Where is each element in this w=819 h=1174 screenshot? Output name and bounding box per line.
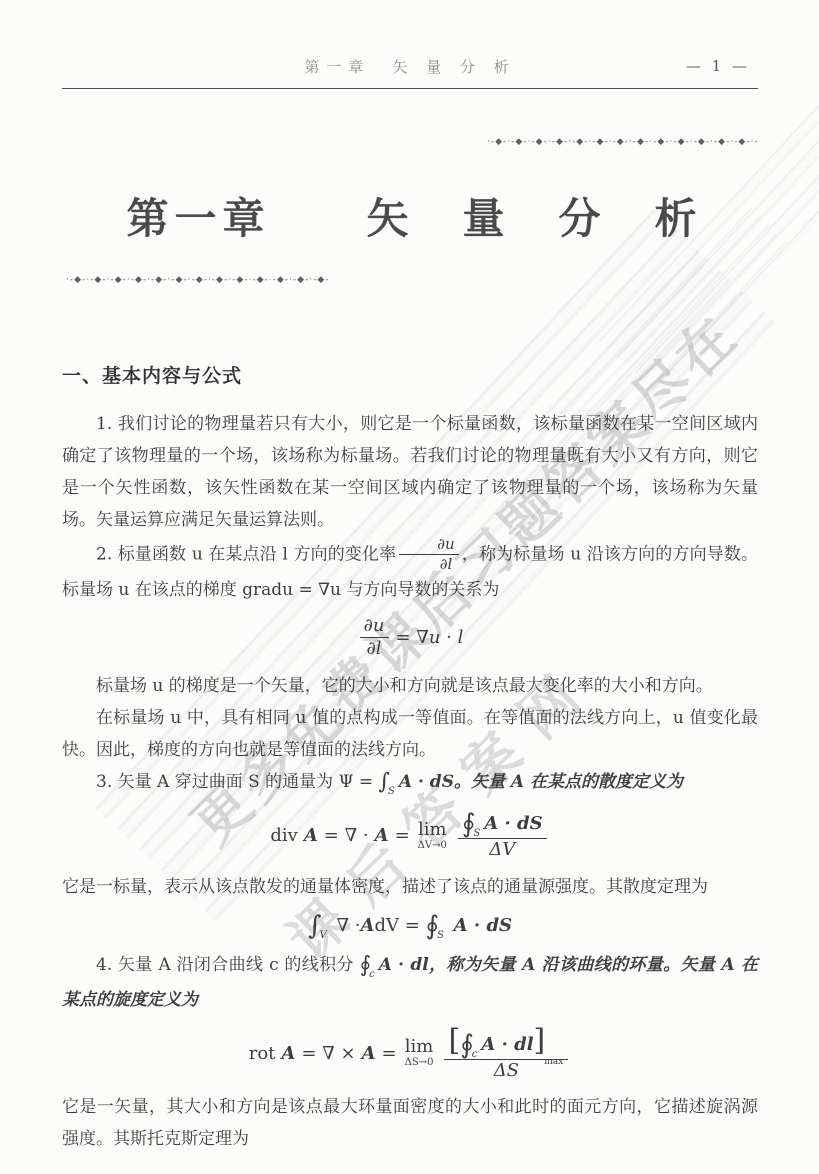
flux-integrand: A · dS。矢量 A 在某点的散度定义为 <box>399 772 683 792</box>
running-header: 第一章 矢 量 分 析 — 1 — <box>62 56 758 89</box>
formula-curl-definition: rot A = ∇ × A = limΔS→0 [∮cA · dl]maxΔS <box>62 1026 758 1082</box>
integrand: A · dS <box>454 915 512 936</box>
vector-A: A <box>362 1042 376 1065</box>
fraction-denominator: ΔS <box>494 1060 519 1082</box>
rot-operator: rot <box>249 1042 276 1065</box>
ornament-divider-bottom: ·-◆-·-◆-·-◆-·-◆-·-◆-·-◆-·-◆-·-◆-·-◆-·-◆-… <box>66 274 330 287</box>
paragraph-divergence-meaning: 它是一标量，表示从该点散发的通量体密度，描述了该点的通量源强度。其散度定理为 <box>62 871 758 903</box>
fraction-denominator: ∂l <box>367 638 382 660</box>
chapter-title: 第一章 矢 量 分 析 <box>0 186 819 246</box>
integral-subscript: V <box>320 930 327 941</box>
vector-A: A <box>304 824 318 847</box>
lim-text: lim <box>405 1038 434 1056</box>
nabla-cross: = ∇ × <box>301 1042 355 1065</box>
paragraph-2-text-pre: 2. 标量函数 u 在某点沿 l 方向的变化率 <box>96 544 396 564</box>
div-operator: div <box>270 824 297 847</box>
section-heading: 一、基本内容与公式 <box>62 360 758 392</box>
nabla-dot: ∇ · <box>336 915 360 936</box>
equals-sign: = <box>395 824 410 847</box>
formula-directional-derivative: ∂u∂l= ∇u · l <box>62 616 758 660</box>
ornament-divider-top: ·-◆-·-◆-·-◆-·-◆-·-◆-·-◆-·-◆-·-◆-·-◆-·-◆-… <box>487 136 757 149</box>
fraction-numerator: ∂u <box>399 536 458 555</box>
paragraph-7-text-pre: 4. 矢量 A 沿闭合曲线 c 的线积分 <box>96 955 360 975</box>
integrand: A · dS <box>484 813 542 834</box>
paragraph-5-text-pre: 3. 矢量 A 穿过曲面 S 的通量为 Ψ = <box>96 772 379 792</box>
paragraph-gradient-meaning: 标量场 u 的梯度是一个矢量，它的大小和方向就是该点最大变化率的大小和方向。 <box>62 670 758 702</box>
body-text: 一、基本内容与公式 1. 我们讨论的物理量若只有大小，则它是一个标量函数，该标量… <box>62 360 758 1155</box>
paragraph-circulation: 4. 矢量 A 沿闭合曲线 c 的线积分 ∮cA · dl，称为矢量 A 沿该曲… <box>62 949 758 1016</box>
fraction-denominator: ΔV <box>489 839 515 861</box>
paragraph-scalar-field: 1. 我们讨论的物理量若只有大小，则它是一个标量函数，该标量函数在某一空间区域内… <box>62 408 758 536</box>
fraction: ∮SA · dSΔV <box>458 811 547 861</box>
fraction: ∂u∂l <box>360 616 389 660</box>
book-page: 更多免费课后习题答案尽在 课后答案网 第一章 矢 量 分 析 — 1 — ·-◆… <box>0 0 819 1174</box>
paragraph-flux: 3. 矢量 A 穿过曲面 S 的通量为 Ψ = ∫SA · dS。矢量 A 在某… <box>62 766 758 801</box>
vector-A: A <box>375 824 389 847</box>
integral-subscript: S <box>388 786 395 797</box>
formula-rhs: = ∇u · l <box>396 627 464 648</box>
fraction-numerator: [∮cA · dl]max <box>444 1026 568 1060</box>
limit-operator: limΔS→0 <box>405 1038 434 1068</box>
paragraph-curl-meaning: 它是一矢量，其大小和方向是该点最大环量面密度的大小和此时的面元方向，它描述旋涡源… <box>62 1091 758 1155</box>
right-bracket: ] <box>534 1023 546 1058</box>
inline-fraction-du-dl: ∂u∂l <box>399 536 458 574</box>
dV-equals: dV = <box>374 915 419 936</box>
vector-A: A <box>281 1042 295 1065</box>
vector-A: A <box>361 915 375 936</box>
nabla-dot: = ∇ · <box>324 824 369 847</box>
lim-subscript: ΔS→0 <box>405 1058 434 1068</box>
fraction: [∮cA · dl]maxΔS <box>444 1026 568 1082</box>
integrand: A · dl <box>481 1034 533 1055</box>
integral-subscript: c <box>369 969 375 980</box>
lim-text: lim <box>418 821 447 839</box>
lim-subscript: ΔV→0 <box>418 841 447 851</box>
formula-divergence-definition: div A = ∇ · A = limΔV→0 ∮SA · dSΔV <box>62 811 758 861</box>
paragraph-directional-derivative: 2. 标量函数 u 在某点沿 l 方向的变化率∂u∂l，称为标量场 u 沿该方向… <box>62 536 758 606</box>
fraction-denominator: ∂l <box>406 555 453 573</box>
formula-divergence-theorem: ∫V ∇ ·AdV = ∮S A · dS <box>62 913 758 939</box>
running-header-title: 第一章 矢 量 分 析 <box>304 58 515 76</box>
integral-subscript: S <box>437 930 444 941</box>
paragraph-level-surface: 在标量场 u 中，具有相同 u 值的点构成一等值面。在等值面的法线方向上，u 值… <box>62 702 758 766</box>
page-number: — 1 — <box>686 57 750 75</box>
equals-sign: = <box>382 1042 397 1065</box>
integral-subscript: c <box>472 1049 478 1060</box>
limit-operator: limΔV→0 <box>418 821 447 851</box>
integral-subscript: S <box>473 828 480 839</box>
page-content: 第一章 矢 量 分 析 — 1 — ·-◆-·-◆-·-◆-·-◆-·-◆-·-… <box>0 0 819 1174</box>
fraction-numerator: ∂u <box>360 616 389 639</box>
fraction-numerator: ∮SA · dS <box>458 811 547 839</box>
left-bracket: [ <box>448 1023 460 1058</box>
paragraph-5-text-post: A · dS。矢量 A 在某点的散度定义为 <box>399 772 683 792</box>
max-subscript: max <box>544 1057 563 1067</box>
